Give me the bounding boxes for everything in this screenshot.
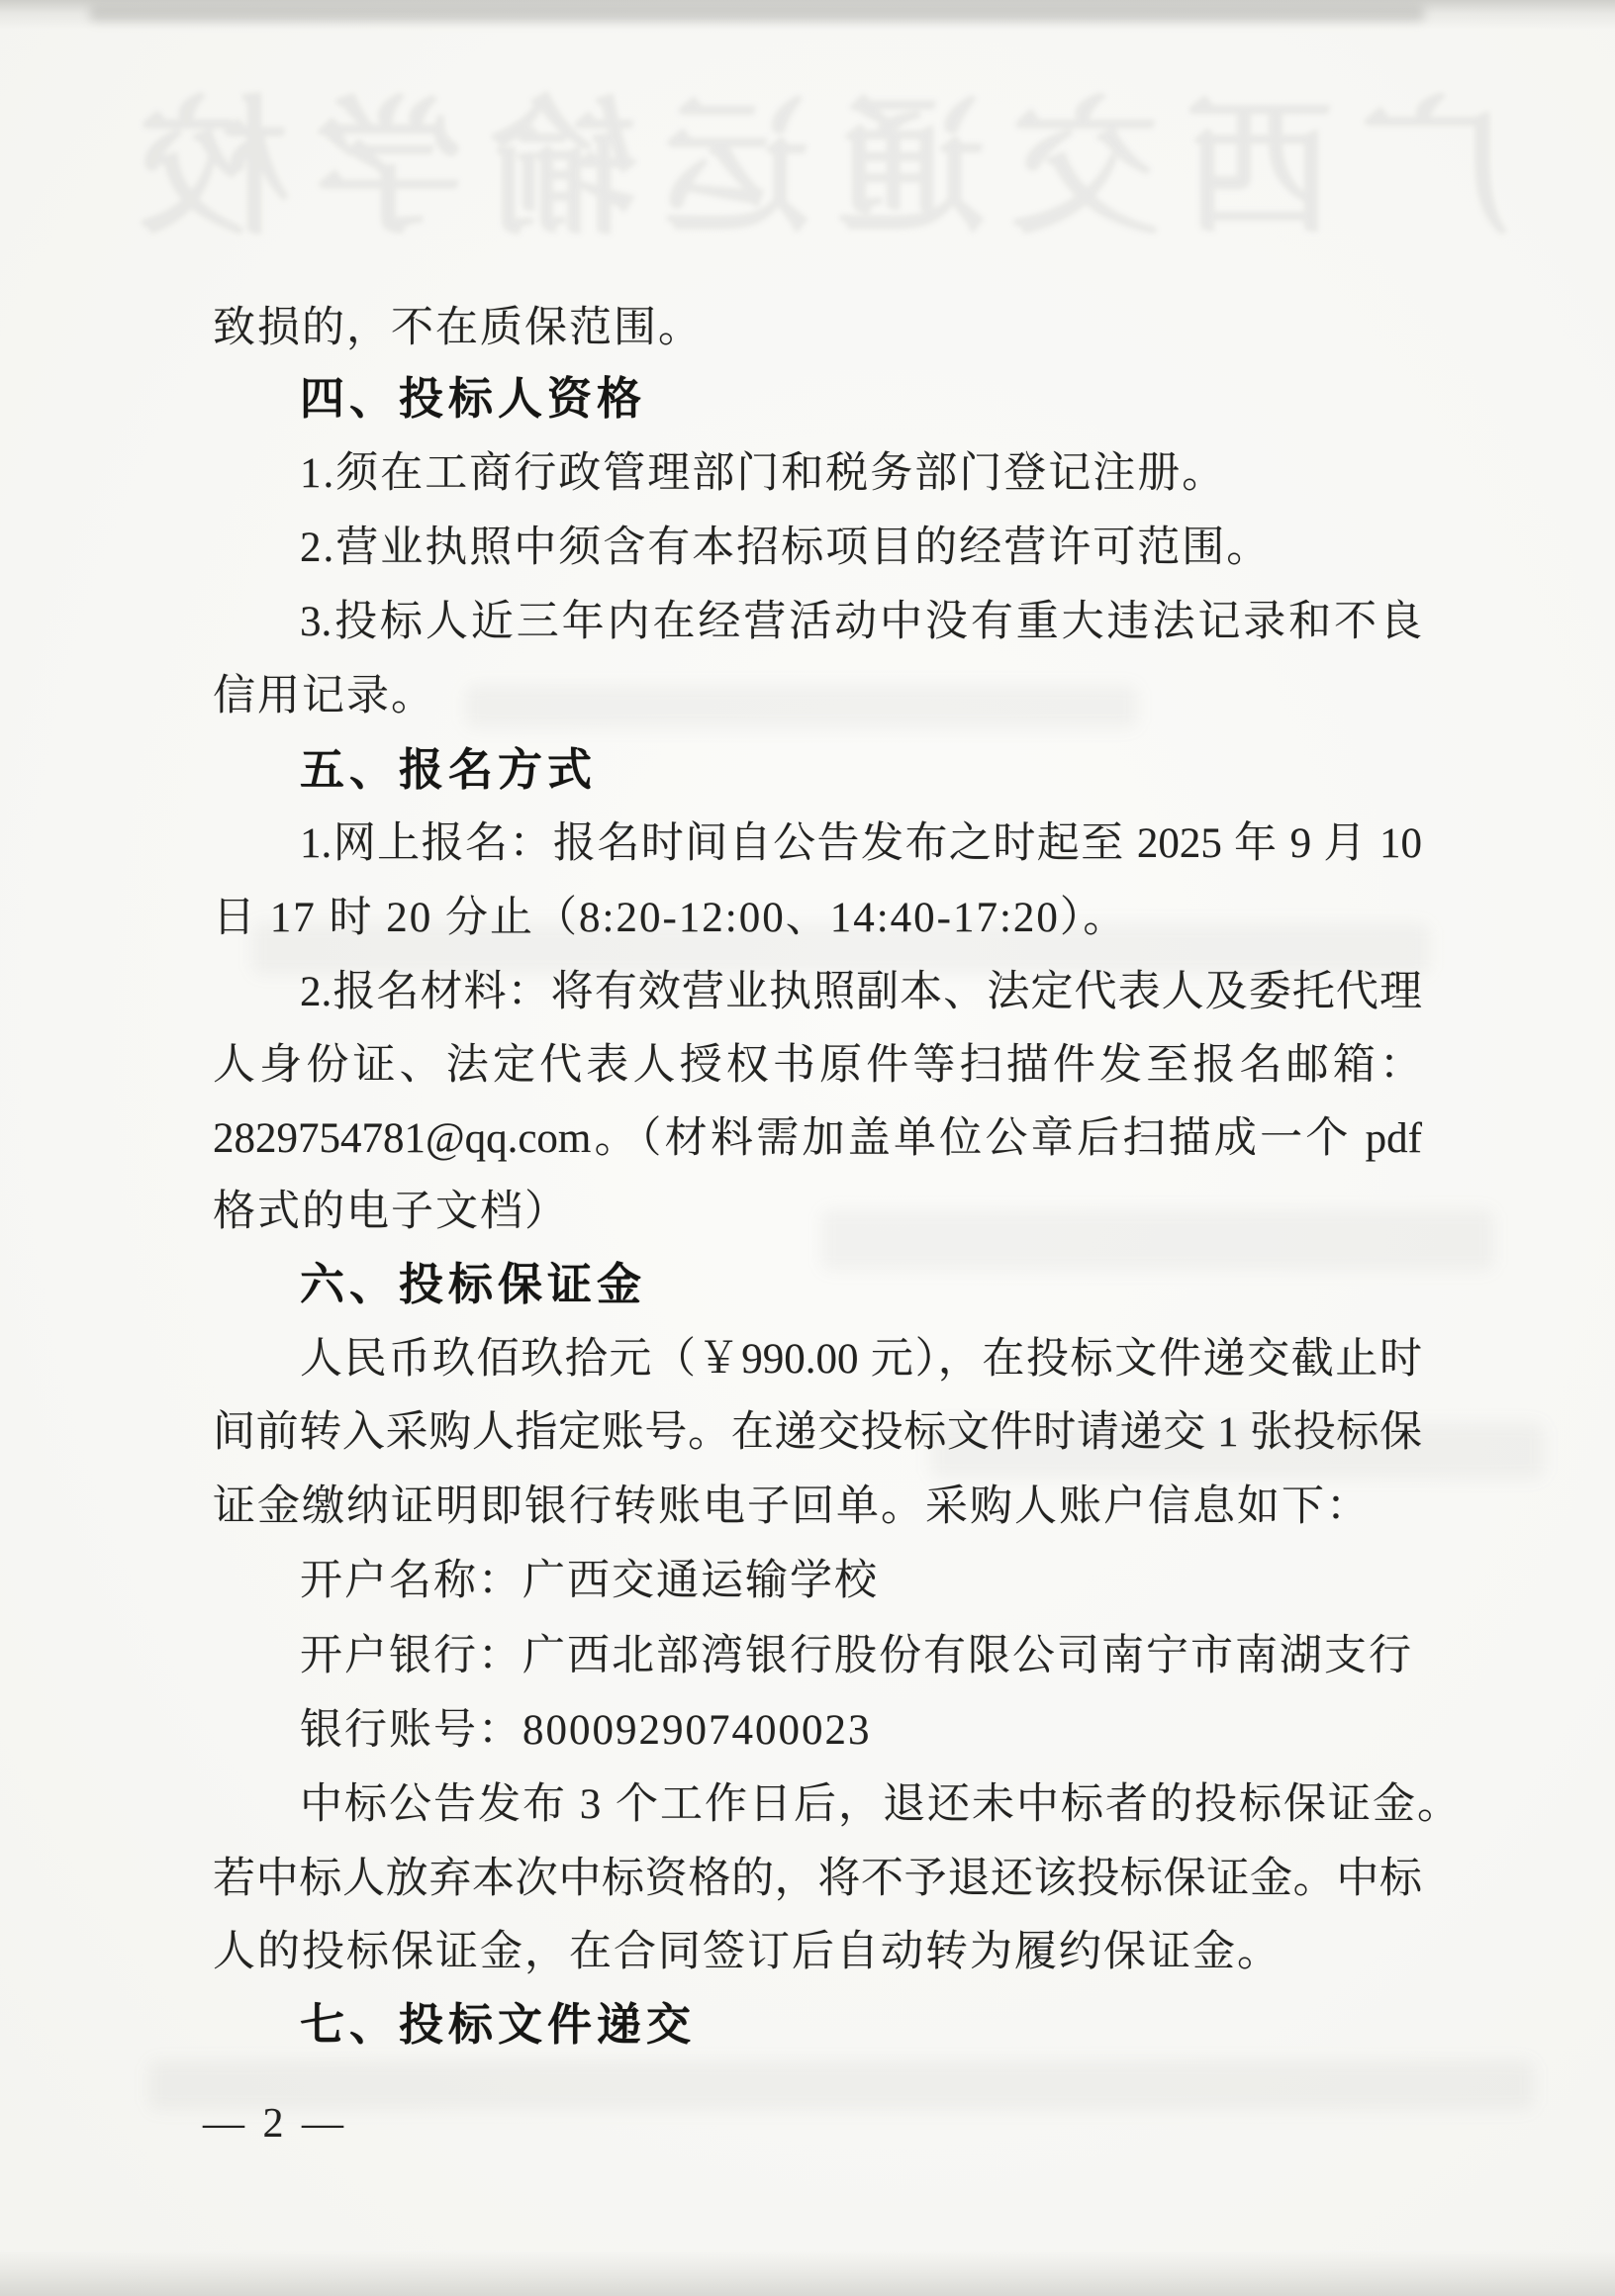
bank-name-line: 开户银行：广西北部湾银行股份有限公司南宁市南湖支行 [300,1628,1413,1685]
paragraph-line: 信用记录。 [213,668,435,725]
section-heading-6: 六、投标保证金 [300,1256,646,1313]
bleedthrough-smudge [465,685,1138,728]
paragraph-line: 格式的电子文档） [213,1184,569,1241]
list-item-line: 2.营业执照中须含有本招标项目的经营许可范围。 [300,520,1271,577]
list-item-line: 1.须在工商行政管理部门和税务部门登记注册。 [300,445,1226,503]
bleedthrough-smudge [821,1209,1494,1271]
bank-account-line: 银行账号：800092907400023 [300,1702,872,1760]
scanned-document-page: 广西交通运输学校 致损的，不在质保范围。 四、投标人资格 1.须在工商行政管理部… [0,0,1615,2296]
section-heading-4: 四、投标人资格 [300,370,646,428]
paragraph-line: 人的投标保证金，在合同签订后自动转为履约保证金。 [213,1924,1282,1981]
paragraph-line: 中标公告发布 3 个工作日后，退还未中标者的投标保证金。 [300,1776,1462,1834]
page-number: — 2 — [203,2100,347,2148]
list-item-line: 1.网上报名：报名时间自公告发布之时起至 2025 年 9 月 10 [300,815,1422,873]
account-name-line: 开户名称：广西交通运输学校 [300,1553,879,1610]
paragraph-line: 致损的，不在质保范围。 [213,300,703,357]
bleedthrough-smudge [148,2060,1534,2110]
list-item-line: 3.投标人近三年内在经营活动中没有重大违法记录和不良 [300,594,1422,651]
paragraph-line: 人民币玖佰玖拾元（￥990.00 元），在投标文件递交截止时 [300,1331,1422,1388]
paragraph-line: 日 17 时 20 分止（8:20-12:00、14:40-17:20）。 [213,890,1127,947]
scan-edge-streak [89,6,1425,22]
paragraph-line: 证金缴纳证明即银行转账电子回单。采购人账户信息如下： [213,1479,1371,1536]
paragraph-line: 间前转入采购人指定账号。在递交投标文件时请递交 1 张投标保 [213,1404,1422,1462]
paragraph-line: 人身份证、法定代表人授权书原件等扫描件发至报名邮箱： [213,1037,1422,1095]
paragraph-line: 若中标人放弃本次中标资格的，将不予退还该投标保证金。中标 [213,1851,1422,1908]
list-item-line: 2.报名材料：将有效营业执照副本、法定代表人及委托代理 [300,964,1422,1021]
section-heading-5: 五、报名方式 [300,741,597,799]
scan-edge-bottom [0,2250,1615,2296]
bleedthrough-letterhead-text: 广西交通运输学校 [109,79,1514,257]
paragraph-line-email: 2829754781@qq.com。（材料需加盖单位公章后扫描成一个 pdf [213,1110,1422,1168]
section-heading-7: 七、投标文件递交 [300,1996,696,2054]
